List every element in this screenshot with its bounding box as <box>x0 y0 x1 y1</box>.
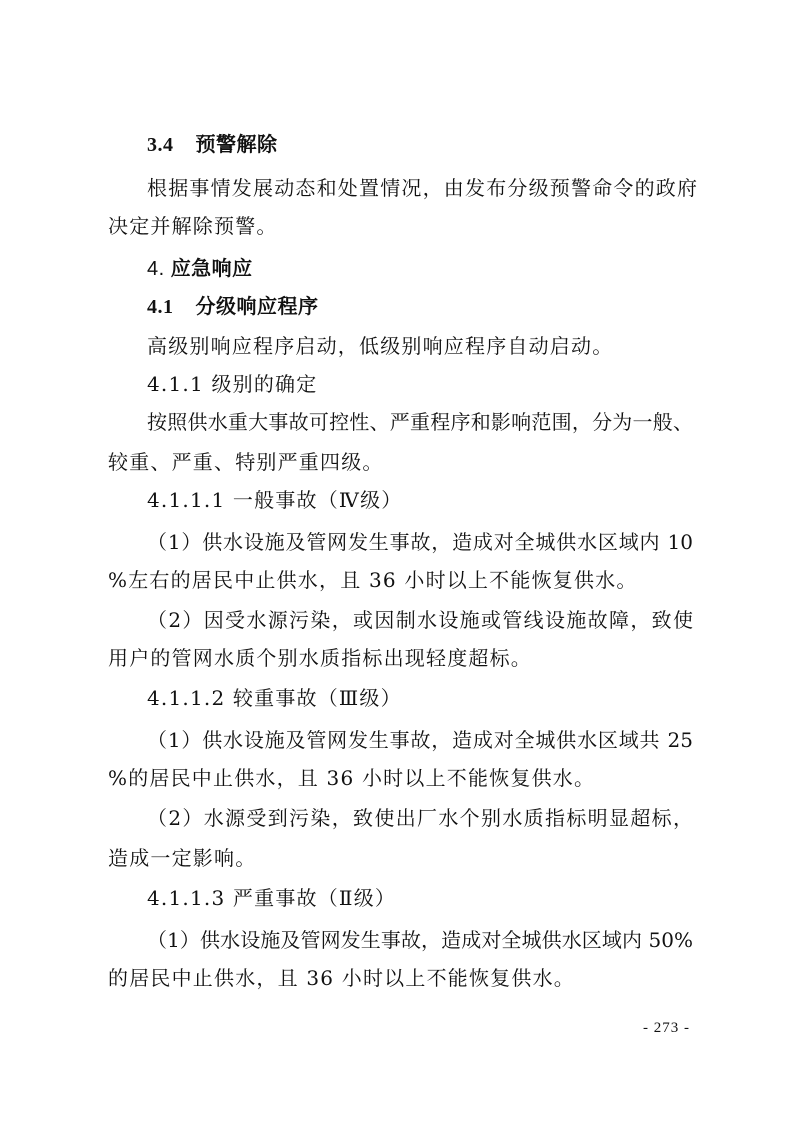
section-heading-4: 4.应急响应 <box>147 256 253 281</box>
subsection-heading-4-1-1-2: 4.1.1.2 较重事故（Ⅲ级） <box>147 686 402 710</box>
list-item-line: %的居民中止供水，且 36 小时以上不能恢复供水。 <box>108 766 595 790</box>
section-heading-3-4: 3.4预警解除 <box>147 132 278 157</box>
page-number: - 273 - <box>643 1020 690 1037</box>
list-item-line: （2）因受水源污染，或因制水设施或管线设施故障，致使 <box>147 608 693 632</box>
section-heading-4-1: 4.1分级响应程序 <box>147 294 319 319</box>
list-item-line: （1）供水设施及管网发生事故，造成对全城供水区域共 25 <box>147 728 693 752</box>
section-title: 预警解除 <box>196 132 278 156</box>
subsection-heading-4-1-1: 4.1.1 级别的确定 <box>147 372 317 396</box>
list-item-line: 的居民中止供水，且 36 小时以上不能恢复供水。 <box>108 966 575 990</box>
list-item-line: （2）水源受到污染，致使出厂水个别水质指标明显超标， <box>147 806 693 830</box>
paragraph-line: 根据事情发展动态和处置情况，由发布分级预警命令的政府 <box>147 176 693 200</box>
list-item-line: （1）供水设施及管网发生事故，造成对全城供水区域内 50% <box>147 928 693 952</box>
subsection-heading-4-1-1-3: 4.1.1.3 严重事故（Ⅱ级） <box>147 886 396 910</box>
section-title: 分级响应程序 <box>196 294 319 318</box>
section-number: 4.1 <box>147 296 174 318</box>
section-title: 应急响应 <box>171 256 253 280</box>
section-number: 4. <box>147 258 165 280</box>
paragraph-line: 决定并解除预警。 <box>108 214 278 238</box>
list-item-line: 造成一定影响。 <box>108 846 256 870</box>
paragraph-line: 较重、严重、特别严重四级。 <box>108 450 384 474</box>
document-page: 3.4预警解除 根据事情发展动态和处置情况，由发布分级预警命令的政府 决定并解除… <box>0 0 793 1122</box>
subsection-heading-4-1-1-1: 4.1.1.1 一般事故（Ⅳ级） <box>147 488 403 512</box>
list-item-line: %左右的居民中止供水，且 36 小时以上不能恢复供水。 <box>108 568 638 592</box>
paragraph-line: 按照供水重大事故可控性、严重程序和影响范围，分为一般、 <box>147 410 693 434</box>
paragraph-line: 高级别响应程序启动，低级别响应程序自动启动。 <box>147 334 613 358</box>
list-item-line: 用户的管网水质个别水质指标出现轻度超标。 <box>108 646 532 670</box>
list-item-line: （1）供水设施及管网发生事故，造成对全城供水区域内 10 <box>147 530 693 554</box>
section-number: 3.4 <box>147 134 174 156</box>
